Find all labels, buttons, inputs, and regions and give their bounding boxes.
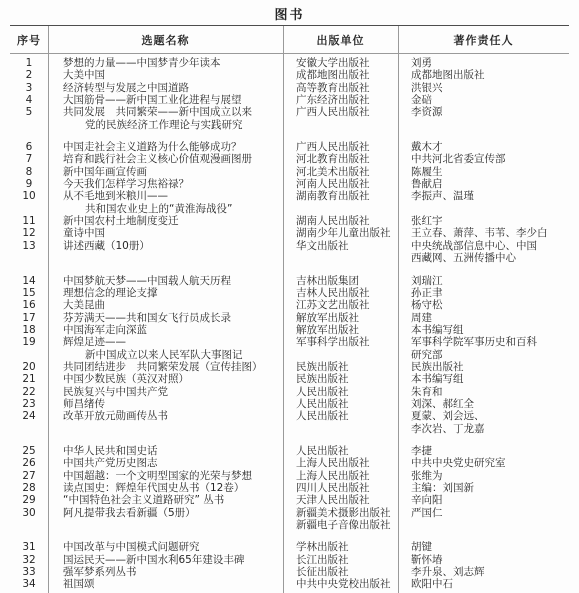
author: 本书编写组 xyxy=(398,324,569,336)
book-title: 中华人民共和国史话 xyxy=(48,445,283,457)
author: 民族出版社 xyxy=(398,361,569,373)
page-title: 图书 xyxy=(0,0,579,25)
table-row: 30阿凡提带我去看新疆（5册）新疆美术摄影出版社新疆电子音像出版社严国仁 xyxy=(10,507,569,532)
table-row: 13讲述西藏（10册）华文出版社中央统战部信息中心、中国西藏网、五洲传播中心 xyxy=(10,240,569,265)
table-row: 14中国梦航天梦——中国载人航天历程吉林出版集团刘瑞江 xyxy=(10,275,569,287)
author: 严国仁 xyxy=(398,507,569,519)
publisher: 长征出版社 xyxy=(283,566,398,578)
document-page: 图书 序号 选题名称 出版单位 著作责任人 1梦想的力量——中国梦青少年读本安徽… xyxy=(0,0,579,593)
row-number: 6 xyxy=(10,141,48,153)
publisher: 解放军出版社 xyxy=(283,324,398,336)
book-title: 祖国颂 xyxy=(48,578,283,590)
author: 王立春、萧萍、韦苇、李少白 xyxy=(398,227,569,239)
book-title: 改革开放元勋画传丛书 xyxy=(48,410,283,422)
row-number: 23 xyxy=(10,398,48,410)
table-row: 27中国超越：一个文明型国家的光荣与梦想上海人民出版社张维为 xyxy=(10,470,569,482)
table-row: 17芬芳满天——共和国女飞行员成长录解放军出版社周建 xyxy=(10,312,569,324)
column-divider xyxy=(48,26,49,593)
row-number: 25 xyxy=(10,445,48,457)
publisher: 安徽大学出版社 xyxy=(283,57,398,69)
publisher: 河北教育出版社 xyxy=(283,153,398,165)
row-number: 10 xyxy=(10,190,48,202)
table-row: 23师昌绪传人民出版社刘深、郝红全 xyxy=(10,398,569,410)
row-number: 28 xyxy=(10,482,48,494)
table-row: 24改革开放元勋画传丛书人民出版社夏蒙、刘会远、李次岩、丁龙嘉 xyxy=(10,410,569,435)
book-title: 讲述西藏（10册） xyxy=(48,240,283,252)
table-row: 18中国海军走向深蓝解放军出版社本书编写组 xyxy=(10,324,569,336)
publisher: 上海人民出版社 xyxy=(283,457,398,469)
publisher: 人民出版社 xyxy=(283,386,398,398)
publisher: 湖南人民出版社 xyxy=(283,215,398,227)
row-number: 12 xyxy=(10,227,48,239)
author: 成都地图出版社 xyxy=(398,69,569,81)
publisher: 民族出版社 xyxy=(283,373,398,385)
book-title: 中国少数民族（英汉对照） xyxy=(48,373,283,385)
row-number: 29 xyxy=(10,494,48,506)
publisher: 广西人民出版社 xyxy=(283,141,398,153)
book-title: 读点国史：辉煌年代国史丛书（12卷） xyxy=(48,482,283,494)
row-number: 20 xyxy=(10,361,48,373)
author: 胡键 xyxy=(398,541,569,553)
publisher: 广西人民出版社 xyxy=(283,106,398,118)
publisher: 四川人民出版社 xyxy=(283,482,398,494)
publisher: 学林出版社 xyxy=(283,541,398,553)
row-number: 27 xyxy=(10,470,48,482)
row-number: 22 xyxy=(10,386,48,398)
table-row: 8新中国年画宣传画河北美术出版社陈履生 xyxy=(10,166,569,178)
table-row: 1梦想的力量——中国梦青少年读本安徽大学出版社刘勇 xyxy=(10,57,569,69)
book-title: 大国筋骨——新中国工业化进程与展望 xyxy=(48,94,283,106)
column-header-title: 选题名称 xyxy=(48,32,283,48)
row-number: 30 xyxy=(10,507,48,519)
publisher: 天津人民出版社 xyxy=(283,494,398,506)
publisher: 解放军出版社 xyxy=(283,312,398,324)
book-title: 培育和践行社会主义核心价值观漫画图册 xyxy=(48,153,283,165)
table-row: 3经济转型与发展之中国道路高等教育出版社洪银兴 xyxy=(10,82,569,94)
books-table: 序号 选题名称 出版单位 著作责任人 1梦想的力量——中国梦青少年读本安徽大学出… xyxy=(10,25,569,593)
author: 张红宇 xyxy=(398,215,569,227)
row-number: 16 xyxy=(10,299,48,311)
table-row: 7培育和践行社会主义核心价值观漫画图册河北教育出版社中共河北省委宣传部 xyxy=(10,153,569,165)
book-title: 师昌绪传 xyxy=(48,398,283,410)
table-row: 22民族复兴与中国共产党人民出版社朱育和 xyxy=(10,386,569,398)
publisher: 湖南教育出版社 xyxy=(283,190,398,202)
book-title: 新中国年画宣传画 xyxy=(48,166,283,178)
publisher: 人民出版社 xyxy=(283,398,398,410)
table-row: 26中国共产党历史图志上海人民出版社中共中央党史研究室 xyxy=(10,457,569,469)
book-title: 从不毛地到米粮川——共和国农业史上的“黄淮海战役” xyxy=(48,190,283,215)
book-title: 中国梦航天梦——中国载人航天历程 xyxy=(48,275,283,287)
author: 夏蒙、刘会远、李次岩、丁龙嘉 xyxy=(398,410,569,435)
row-number: 34 xyxy=(10,578,48,590)
column-divider xyxy=(398,26,399,593)
row-number: 32 xyxy=(10,554,48,566)
table-row: 31中国改革与中国模式问题研究学林出版社胡键 xyxy=(10,541,569,553)
book-title: 共同团结进步 共同繁荣发展（宣传挂图） xyxy=(48,361,283,373)
author: 李捷 xyxy=(398,445,569,457)
author: 杨守松 xyxy=(398,299,569,311)
row-number: 1 xyxy=(10,57,48,69)
book-title: 新中国农村土地制度变迁 xyxy=(48,215,283,227)
row-number: 5 xyxy=(10,106,48,118)
publisher: 新疆美术摄影出版社新疆电子音像出版社 xyxy=(283,507,398,532)
author: 周建 xyxy=(398,312,569,324)
table-row: 29“中国特色社会主义道路研究” 丛书天津人民出版社辛向阳 xyxy=(10,494,569,506)
author: 孙正聿 xyxy=(398,287,569,299)
author: 李资源 xyxy=(398,106,569,118)
publisher: 军事科学出版社 xyxy=(283,336,398,348)
author: 辛向阳 xyxy=(398,494,569,506)
row-number: 19 xyxy=(10,336,48,348)
table-row: 9今天我们怎样学习焦裕禄？河南人民出版社鲁献启 xyxy=(10,178,569,190)
publisher: 成都地图出版社 xyxy=(283,69,398,81)
publisher: 河南人民出版社 xyxy=(283,178,398,190)
row-number: 17 xyxy=(10,312,48,324)
table-row: 2大美中国成都地图出版社成都地图出版社 xyxy=(10,69,569,81)
author: 欧阳中石 xyxy=(398,578,569,590)
book-title: 中国改革与中国模式问题研究 xyxy=(48,541,283,553)
book-title: 梦想的力量——中国梦青少年读本 xyxy=(48,57,283,69)
table-row: 21中国少数民族（英汉对照）民族出版社本书编写组 xyxy=(10,373,569,385)
author: 军事科学院军事历史和百科研究部 xyxy=(398,336,569,361)
book-title: 芬芳满天——共和国女飞行员成长录 xyxy=(48,312,283,324)
book-title: “中国特色社会主义道路研究” 丛书 xyxy=(48,494,283,506)
book-title: 民族复兴与中国共产党 xyxy=(48,386,283,398)
table-row: 34祖国颂中共中央党校出版社欧阳中石 xyxy=(10,578,569,590)
table-row: 32国运民天——新中国水利65年建设丰碑长江出版社靳怀堾 xyxy=(10,554,569,566)
author: 刘瑞江 xyxy=(398,275,569,287)
table-row: 15理想信念的理论支撑吉林人民出版社孙正聿 xyxy=(10,287,569,299)
table-row: 25中华人民共和国史话人民出版社李捷 xyxy=(10,445,569,457)
author: 中共中央党史研究室 xyxy=(398,457,569,469)
table-row: 4大国筋骨——新中国工业化进程与展望广东经济出版社金碚 xyxy=(10,94,569,106)
book-title: 大美中国 xyxy=(48,69,283,81)
table-row: 28读点国史：辉煌年代国史丛书（12卷）四川人民出版社主编：刘国新 xyxy=(10,482,569,494)
book-title: 中国超越：一个文明型国家的光荣与梦想 xyxy=(48,470,283,482)
book-title: 中国海军走向深蓝 xyxy=(48,324,283,336)
row-number: 11 xyxy=(10,215,48,227)
author: 主编：刘国新 xyxy=(398,482,569,494)
table-row: 16大美昆曲江苏文艺出版社杨守松 xyxy=(10,299,569,311)
author: 戴木才 xyxy=(398,141,569,153)
author: 洪银兴 xyxy=(398,82,569,94)
book-title: 理想信念的理论支撑 xyxy=(48,287,283,299)
publisher: 华文出版社 xyxy=(283,240,398,252)
row-number: 18 xyxy=(10,324,48,336)
book-title: 大美昆曲 xyxy=(48,299,283,311)
table-row: 6中国走社会主义道路为什么能够成功？广西人民出版社戴木才 xyxy=(10,141,569,153)
publisher: 民族出版社 xyxy=(283,361,398,373)
publisher: 吉林出版集团 xyxy=(283,275,398,287)
book-title: 中国共产党历史图志 xyxy=(48,457,283,469)
table-header: 序号 选题名称 出版单位 著作责任人 xyxy=(10,26,569,54)
row-number: 8 xyxy=(10,166,48,178)
column-header-no: 序号 xyxy=(10,32,48,48)
row-number: 3 xyxy=(10,82,48,94)
publisher: 上海人民出版社 xyxy=(283,470,398,482)
row-number: 7 xyxy=(10,153,48,165)
column-header-publisher: 出版单位 xyxy=(283,32,398,48)
book-title: 国运民天——新中国水利65年建设丰碑 xyxy=(48,554,283,566)
book-title: 共同发展 共同繁荣——新中国成立以来党的民族经济工作理论与实践研究 xyxy=(48,106,283,131)
publisher: 吉林人民出版社 xyxy=(283,287,398,299)
author: 中央统战部信息中心、中国西藏网、五洲传播中心 xyxy=(398,240,569,265)
row-number: 21 xyxy=(10,373,48,385)
book-title: 强军梦系列丛书 xyxy=(48,566,283,578)
table-row: 33强军梦系列丛书长征出版社李升泉、刘志辉 xyxy=(10,566,569,578)
book-title: 阿凡提带我去看新疆（5册） xyxy=(48,507,283,519)
author: 陈履生 xyxy=(398,166,569,178)
author: 鲁献启 xyxy=(398,178,569,190)
table-row: 19辉煌足迹——新中国成立以来人民军队大事图记军事科学出版社军事科学院军事历史和… xyxy=(10,336,569,361)
row-number: 31 xyxy=(10,541,48,553)
author: 刘深、郝红全 xyxy=(398,398,569,410)
publisher: 人民出版社 xyxy=(283,410,398,422)
table-row: 12童诗中国湖南少年儿童出版社王立春、萧萍、韦苇、李少白 xyxy=(10,227,569,239)
author: 本书编写组 xyxy=(398,373,569,385)
row-number: 9 xyxy=(10,178,48,190)
row-number: 15 xyxy=(10,287,48,299)
table-row: 5共同发展 共同繁荣——新中国成立以来党的民族经济工作理论与实践研究广西人民出版… xyxy=(10,106,569,131)
author: 朱育和 xyxy=(398,386,569,398)
publisher: 河北美术出版社 xyxy=(283,166,398,178)
author: 李升泉、刘志辉 xyxy=(398,566,569,578)
book-title: 经济转型与发展之中国道路 xyxy=(48,82,283,94)
row-number: 24 xyxy=(10,410,48,422)
row-number: 4 xyxy=(10,94,48,106)
author: 中共河北省委宣传部 xyxy=(398,153,569,165)
publisher: 湖南少年儿童出版社 xyxy=(283,227,398,239)
publisher: 人民出版社 xyxy=(283,445,398,457)
publisher: 广东经济出版社 xyxy=(283,94,398,106)
book-title: 今天我们怎样学习焦裕禄？ xyxy=(48,178,283,190)
publisher: 中共中央党校出版社 xyxy=(283,578,398,590)
row-number: 26 xyxy=(10,457,48,469)
book-title: 辉煌足迹——新中国成立以来人民军队大事图记 xyxy=(48,336,283,361)
table-body: 1梦想的力量——中国梦青少年读本安徽大学出版社刘勇2大美中国成都地图出版社成都地… xyxy=(10,54,569,593)
table-row: 20共同团结进步 共同繁荣发展（宣传挂图）民族出版社民族出版社 xyxy=(10,361,569,373)
row-number: 2 xyxy=(10,69,48,81)
author: 金碚 xyxy=(398,94,569,106)
book-title: 中国走社会主义道路为什么能够成功？ xyxy=(48,141,283,153)
book-title: 童诗中国 xyxy=(48,227,283,239)
row-number: 13 xyxy=(10,240,48,252)
author: 刘勇 xyxy=(398,57,569,69)
row-number: 33 xyxy=(10,566,48,578)
column-header-author: 著作责任人 xyxy=(398,32,569,48)
author: 靳怀堾 xyxy=(398,554,569,566)
author: 张维为 xyxy=(398,470,569,482)
publisher: 高等教育出版社 xyxy=(283,82,398,94)
table-row: 11新中国农村土地制度变迁湖南人民出版社张红宇 xyxy=(10,215,569,227)
publisher: 长江出版社 xyxy=(283,554,398,566)
author: 李振声、温瑾 xyxy=(398,190,569,202)
publisher: 江苏文艺出版社 xyxy=(283,299,398,311)
table-row: 10从不毛地到米粮川——共和国农业史上的“黄淮海战役”湖南教育出版社李振声、温瑾 xyxy=(10,190,569,215)
row-number: 14 xyxy=(10,275,48,287)
column-divider xyxy=(283,26,284,593)
